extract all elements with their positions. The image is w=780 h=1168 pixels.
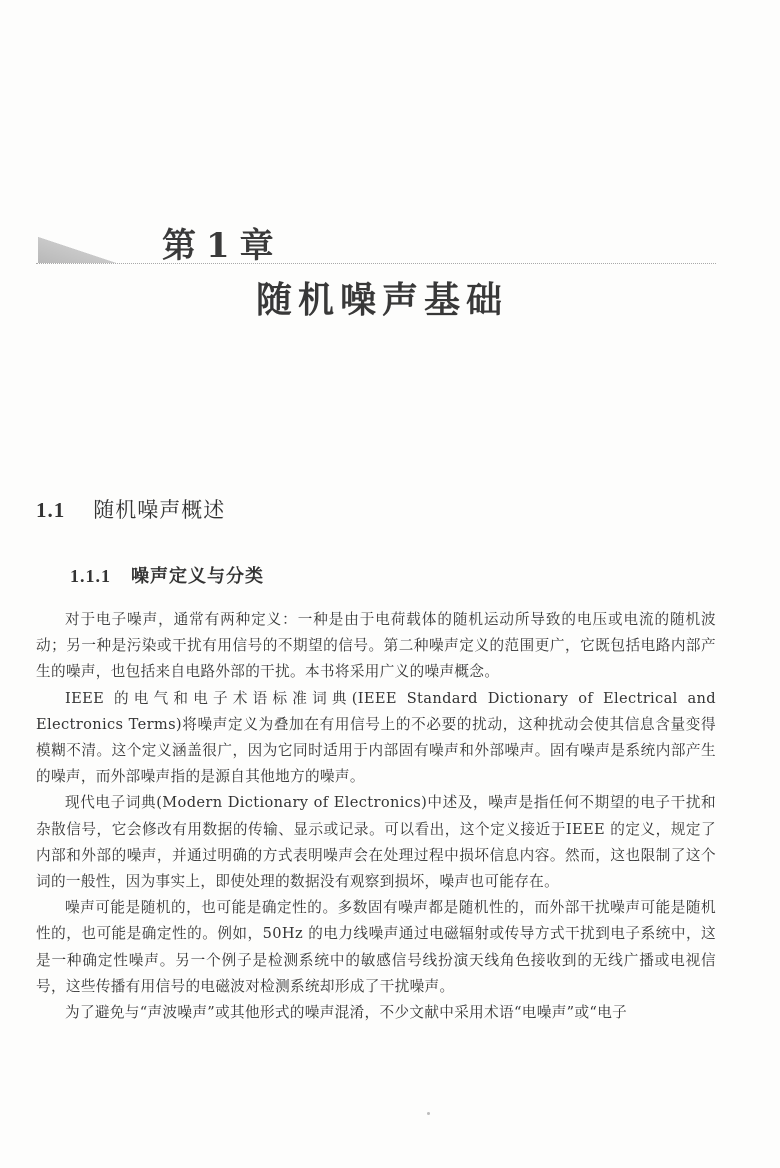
section-title: 随机噪声概述	[93, 498, 225, 522]
chapter-rule-divider	[36, 263, 716, 264]
section-number: 1.1	[36, 498, 65, 522]
paragraph: 为了避免与“声波噪声”或其他形式的噪声混淆，不少文献中采用术语“电噪声”或“电子	[36, 1000, 716, 1026]
chapter-header: 第1章 随机噪声基础	[0, 0, 780, 320]
scan-speck-decoration	[427, 1112, 430, 1115]
paragraph: 噪声可能是随机的，也可能是确定性的。多数固有噪声都是随机性的，而外部干扰噪声可能…	[36, 895, 716, 1000]
chapter-number: 第1章	[162, 218, 276, 267]
chapter-prefix: 第	[162, 226, 198, 266]
subsection-title: 噪声定义与分类	[131, 566, 264, 587]
chapter-suffix: 章	[240, 226, 276, 266]
chapter-num-value: 1	[206, 226, 232, 266]
chapter-wedge-decoration	[38, 237, 116, 263]
chapter-title: 随机噪声基础	[256, 272, 508, 323]
book-page: 第1章 随机噪声基础 1.1随机噪声概述 1.1.1噪声定义与分类 对于电子噪声…	[0, 0, 780, 1168]
paragraph: 现代电子词典(Modern Dictionary of Electronics)…	[36, 790, 716, 895]
paragraph: IEEE 的电气和电子术语标准词典(IEEE Standard Dictiona…	[36, 686, 716, 791]
subsection-heading: 1.1.1噪声定义与分类	[70, 562, 264, 588]
subsection-number: 1.1.1	[70, 566, 111, 586]
paragraph: 对于电子噪声，通常有两种定义：一种是由于电荷载体的随机运动所导致的电压或电流的随…	[36, 607, 716, 686]
body-text: 对于电子噪声，通常有两种定义：一种是由于电荷载体的随机运动所导致的电压或电流的随…	[36, 607, 716, 1026]
section-heading: 1.1随机噪声概述	[36, 494, 225, 524]
